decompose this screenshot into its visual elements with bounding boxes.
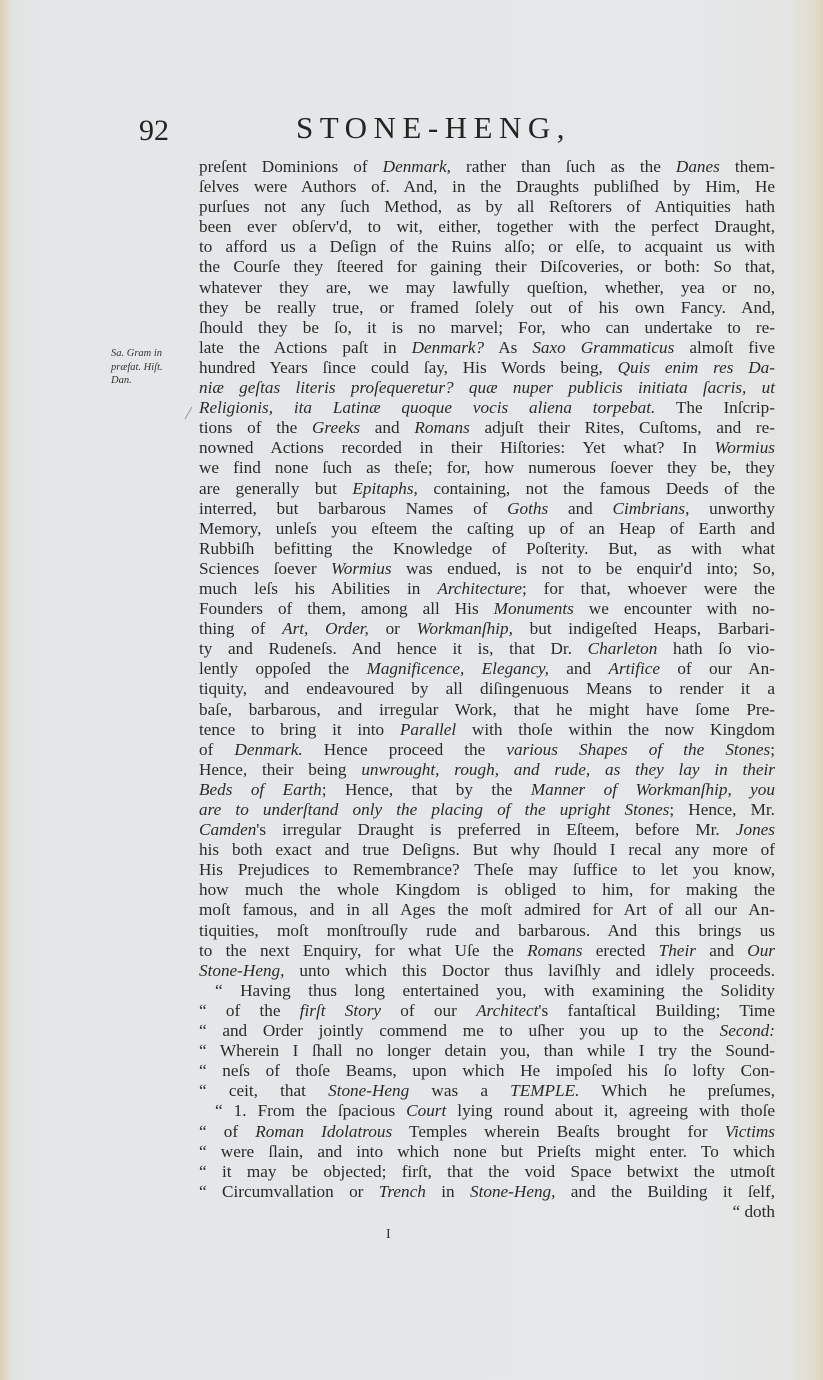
text-line: “ it may be objected; firſt, that the vo…	[199, 1162, 775, 1182]
text-line: niæ geſtas literis proſequeretur? quæ nu…	[199, 378, 775, 398]
text-line: Hence, their being unwrought, rough, and…	[199, 760, 775, 780]
text-line: Camden's irregular Draught is preferred …	[199, 820, 775, 840]
text-line: we find none ſuch as theſe; for, how num…	[199, 458, 775, 478]
text-line: ty and Rudeneſs. And hence it is, that D…	[199, 639, 775, 659]
text-line: lently oppoſed the Magnificence, Eleganc…	[199, 659, 775, 679]
text-line: baſe, barbarous, and irregular Work, tha…	[199, 700, 775, 720]
text-line: been ever obſerv'd, to wit, either, toge…	[199, 217, 775, 237]
text-line: “ neſs of thoſe Beams, upon which He imp…	[199, 1061, 775, 1081]
running-title: STONE-HENG,	[296, 110, 571, 146]
margin-note: Sa. Gram in præfat. Hiſt. Dan.	[111, 347, 191, 388]
text-line: purſues not any ſuch Method, as by all R…	[199, 197, 775, 217]
text-line: are generally but Epitaphs, containing, …	[199, 479, 775, 499]
text-line: Memory, unleſs you eſteem the caſting up…	[199, 519, 775, 539]
text-line: hundred Years ſince could ſay, His Words…	[199, 358, 775, 378]
page-number: 92	[139, 114, 169, 148]
text-line: “ and Order jointly commend me to uſher …	[199, 1021, 775, 1041]
text-line: thing of Art, Order, or Workmanſhip, but…	[199, 619, 775, 639]
text-line: of Denmark. Hence proceed the various Sh…	[199, 740, 775, 760]
running-head: 92 STONE-HENG,	[0, 110, 823, 160]
text-line: tence to bring it into Parallel with tho…	[199, 720, 775, 740]
text-line: Beds of Earth; Hence, that by the Manner…	[199, 780, 775, 800]
signature-mark: I	[386, 1227, 391, 1243]
margin-note-line: præfat. Hiſt.	[111, 361, 191, 375]
catchword: “ doth	[199, 1202, 775, 1222]
text-line: “ Wherein I ſhall no longer detain you, …	[199, 1041, 775, 1061]
text-line: his both exact and true Deſigns. But why…	[199, 840, 775, 860]
text-line: moſt famous, and in all Ages the moſt ad…	[199, 900, 775, 920]
pen-mark	[185, 407, 193, 420]
text-line: nowned Actions recorded in their Hiſtori…	[199, 438, 775, 458]
text-line: “ of Roman Idolatrous Temples wherein Be…	[199, 1122, 775, 1142]
body-text: preſent Dominions of Denmark, rather tha…	[199, 157, 775, 1222]
book-page: 92 STONE-HENG, Sa. Gram in præfat. Hiſt.…	[0, 0, 823, 1380]
text-line: to the next Enquiry, for what Uſe the Ro…	[199, 941, 775, 961]
text-line: late the Actions paſt in Denmark? As Sax…	[199, 338, 775, 358]
text-line: “ Having thus long entertained you, with…	[199, 981, 775, 1001]
text-line: tiquities, moſt monſtrouſly rude and bar…	[199, 921, 775, 941]
text-line: preſent Dominions of Denmark, rather tha…	[199, 157, 775, 177]
text-line: interred, but barbarous Names of Goths a…	[199, 499, 775, 519]
margin-note-line: Dan.	[111, 374, 191, 388]
text-line: “ ceit, that Stone-Heng was a TEMPLE. Wh…	[199, 1081, 775, 1101]
text-line: how much the whole Kingdom is obliged to…	[199, 880, 775, 900]
text-line: tiquity, and endeavoured by all diſingen…	[199, 679, 775, 699]
text-line: Religionis, ita Latinæ quoque vocis alie…	[199, 398, 775, 418]
text-line: are to underſtand only the placing of th…	[199, 800, 775, 820]
text-line: Founders of them, among all His Monument…	[199, 599, 775, 619]
margin-note-line: Sa. Gram in	[111, 347, 191, 361]
text-line: “ were ſlain, and into which none but Pr…	[199, 1142, 775, 1162]
text-line: Stone-Heng, unto which this Doctor thus …	[199, 961, 775, 981]
text-line: ſhould they be ſo, it is no marvel; For,…	[199, 318, 775, 338]
text-line: tions of the Greeks and Romans adjuſt th…	[199, 418, 775, 438]
text-line: “ of the firſt Story of our Architect's …	[199, 1001, 775, 1021]
text-line: the Courſe they ſteered for gaining thei…	[199, 257, 775, 277]
text-line: they be really true, or framed ſolely ou…	[199, 298, 775, 318]
text-line: whatever they are, we may lawfully queſt…	[199, 278, 775, 298]
text-line: His Prejudices to Remembrance? Theſe may…	[199, 860, 775, 880]
text-line: Rubbiſh befitting the Knowledge of Poſte…	[199, 539, 775, 559]
text-line: much leſs his Abilities in Architecture;…	[199, 579, 775, 599]
text-line: ſelves were Authors of. And, in the Drau…	[199, 177, 775, 197]
text-line: to afford us a Deſign of the Ruins alſo;…	[199, 237, 775, 257]
text-line: “ 1. From the ſpacious Court lying round…	[199, 1101, 775, 1121]
text-line: Sciences ſoever Wormius was endued, is n…	[199, 559, 775, 579]
text-line: “ Circumvallation or Trench in Stone-Hen…	[199, 1182, 775, 1202]
